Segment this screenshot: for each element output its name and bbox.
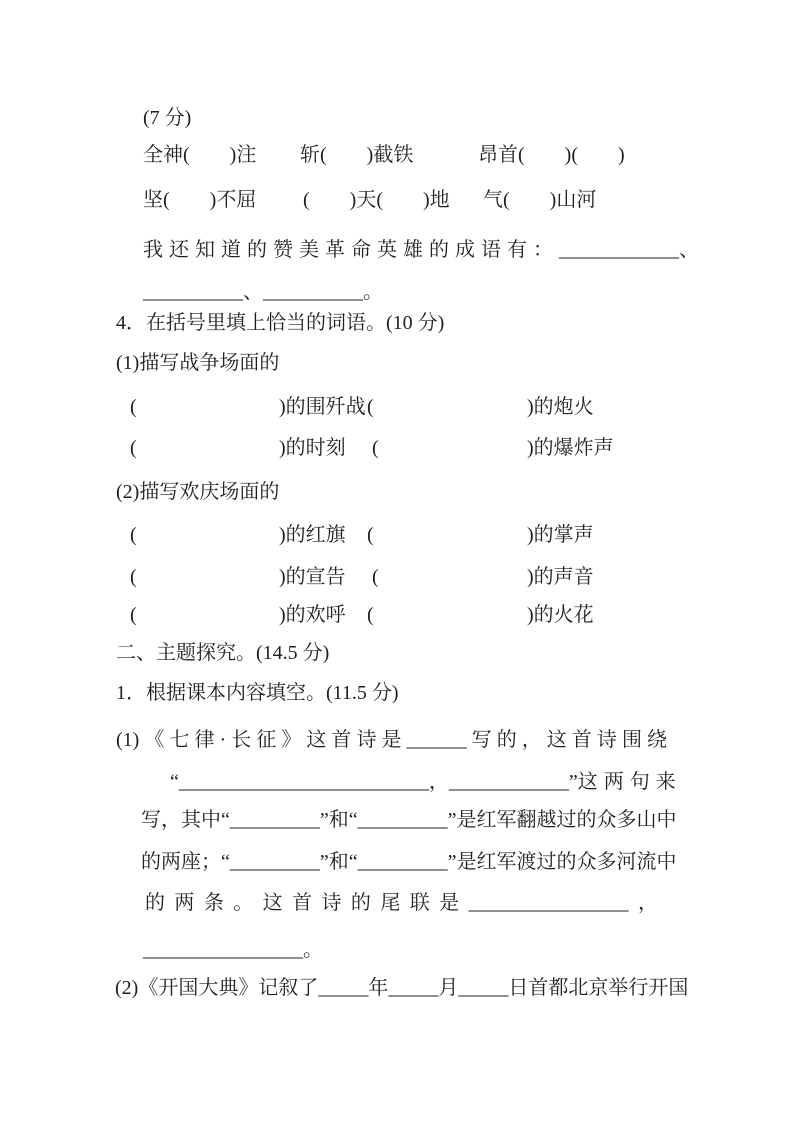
word-fill-label: )的掌声	[527, 515, 594, 555]
question-title: 1．根据课本内容填空。(11.5 分)	[116, 673, 399, 713]
idiom-item: 昂首( )( )	[478, 135, 625, 175]
paren-open: (	[367, 387, 374, 427]
text-line: (1)《七律·长征》这首诗是______写的，这首诗围绕	[116, 720, 667, 760]
paren-open: (	[372, 428, 379, 468]
word-fill-label: )的声音	[527, 557, 594, 597]
paren-open: (	[130, 428, 137, 468]
paren-open: (	[130, 595, 137, 635]
idiom-item: 气( )山河	[483, 180, 596, 220]
word-fill-row: ( )的时刻 ( )的爆炸声	[130, 428, 690, 468]
sub-question-label: (1)描写战争场面的	[116, 343, 279, 383]
poem-question-line: 写，其中“_________”和“_________”是红军翻越过的众多山中	[141, 809, 677, 831]
fill-blank: “_________________________，____________”	[170, 771, 578, 793]
fill-blank: ____________、	[559, 239, 699, 261]
paren-open: (	[130, 515, 137, 555]
fill-blank: __________、__________。	[143, 281, 383, 303]
paren-open: (	[130, 387, 137, 427]
blank-line: ________________。	[143, 930, 323, 970]
word-fill-label: )的炮火	[527, 387, 594, 427]
idiom-row: 坚( )不屈 ( )天( )地 气( )山河	[143, 180, 703, 220]
blank-line: “_________________________，____________”…	[170, 762, 682, 802]
score-note: (7 分)	[143, 98, 191, 138]
word-fill-label: )的围歼战	[279, 387, 366, 427]
word-fill-label: )的时刻	[279, 428, 346, 468]
word-fill-label: )的火花	[527, 595, 594, 635]
fill-blank: ________________。	[143, 939, 323, 961]
question-title-text: 4．在括号里填上恰当的词语。(10 分)	[116, 312, 444, 334]
section-heading-text: 二、主题探究。(14.5 分)	[116, 642, 329, 664]
poem-question-line: 的两条。这首诗的尾联是________________，	[145, 892, 658, 914]
text-line: 我还知道的赞美革命英雄的成语有：____________、	[143, 230, 699, 270]
word-fill-label: )的爆炸声	[527, 428, 614, 468]
text-line: 写，其中“_________”和“_________”是红军翻越过的众多山中	[141, 800, 677, 840]
idiom-item: ( )天( )地	[303, 180, 450, 220]
paren-open: (	[372, 557, 379, 597]
word-fill-row: ( )的围歼战 ( )的炮火	[130, 387, 690, 427]
word-fill-label: )的欢呼	[279, 595, 346, 635]
question-title: 4．在括号里填上恰当的词语。(10 分)	[116, 303, 444, 343]
word-fill-label: )的红旗	[279, 515, 346, 555]
history-question-line: (2)《开国大典》记叙了_____年_____月_____日首都北京举行开国	[115, 977, 688, 999]
text-line: 的两座；“_________”和“_________”是红军渡过的众多河流中	[141, 842, 677, 882]
word-fill-row: ( )的欢呼 ( )的火花	[130, 595, 690, 635]
text-line: (2)《开国大典》记叙了_____年_____月_____日首都北京举行开国	[115, 968, 688, 1008]
question-title-text: 1．根据课本内容填空。(11.5 分)	[116, 682, 399, 704]
worksheet-page: (7 分) 全神( )注 斩( )截铁 昂首( )( ) 坚( )不屈 ( )天…	[0, 0, 793, 1122]
paren-open: (	[130, 557, 137, 597]
idiom-row: 全神( )注 斩( )截铁 昂首( )( )	[143, 135, 703, 175]
idiom-item: 斩( )截铁	[300, 135, 413, 175]
poem-question-line: (1)《七律·长征》这首诗是______写的，这首诗围绕	[116, 729, 667, 751]
section-heading: 二、主题探究。(14.5 分)	[116, 633, 329, 673]
more-idioms-prompt: 我还知道的赞美革命英雄的成语有：	[143, 239, 559, 261]
line-tail-text: 这两句来	[578, 771, 682, 793]
sub-question-text: (2)描写欢庆场面的	[116, 481, 279, 503]
word-fill-label: )的宣告	[279, 557, 346, 597]
sub-question-label: (2)描写欢庆场面的	[116, 472, 279, 512]
word-fill-row: ( )的宣告 ( )的声音	[130, 557, 690, 597]
paren-open: (	[367, 515, 374, 555]
score-note-text: (7 分)	[143, 107, 191, 129]
paren-open: (	[367, 595, 374, 635]
idiom-item: 坚( )不屈	[143, 180, 256, 220]
idiom-item: 全神( )注	[143, 135, 256, 175]
text-line: 的两条。这首诗的尾联是________________，	[145, 883, 658, 923]
poem-question-line: 的两座；“_________”和“_________”是红军渡过的众多河流中	[141, 851, 677, 873]
sub-question-text: (1)描写战争场面的	[116, 352, 279, 374]
word-fill-row: ( )的红旗 ( )的掌声	[130, 515, 690, 555]
